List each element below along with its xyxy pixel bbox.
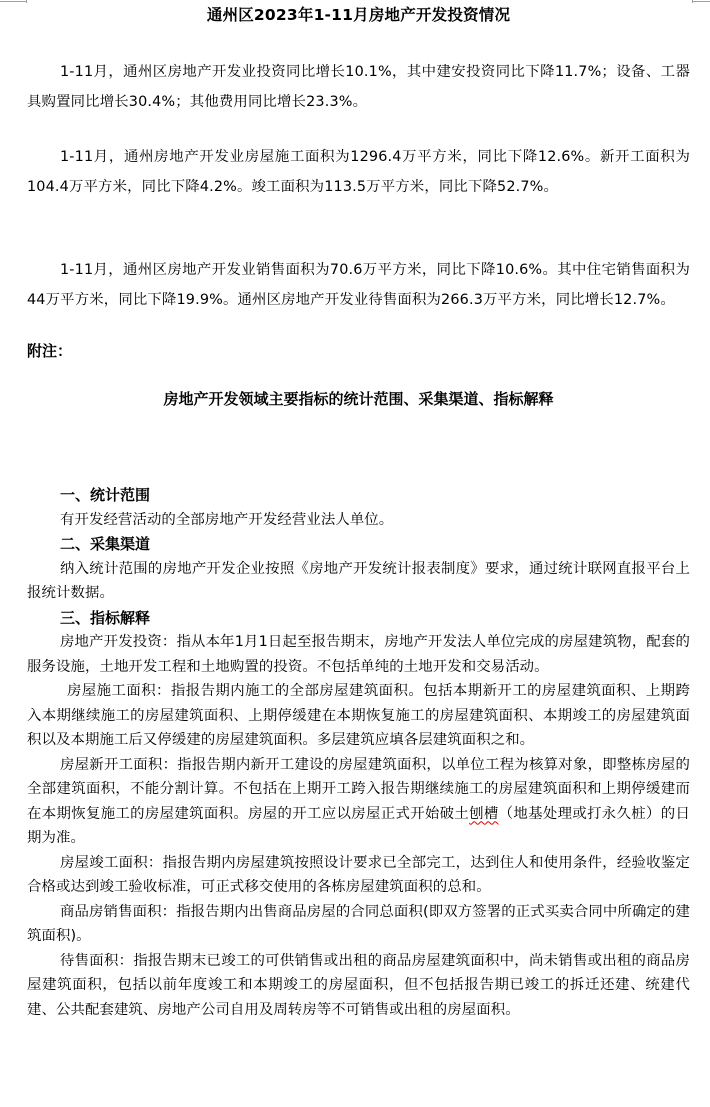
note-label: 附注： <box>27 340 72 361</box>
spellcheck-flagged-word[interactable]: 刨槽 <box>469 806 498 822</box>
crop-mark-top-right <box>692 1 710 2</box>
definition-completed-area: 房屋竣工面积：指报告期内房屋建筑按照设计要求已全部完工，达到住人和使用条件，经验… <box>27 851 690 900</box>
definition-new-start-area: 房屋新开工面积：指报告期内新开工建设的房屋建筑面积，以单位工程为核算对象，即整栋… <box>27 753 690 851</box>
crop-mark-top-left <box>0 1 27 2</box>
paragraph-investment: 1-11月，通州区房地产开发业投资同比增长10.1%，其中建安投资同比下降11.… <box>27 58 690 117</box>
appendix-title: 房地产开发领域主要指标的统计范围、采集渠道、指标解释 <box>27 389 690 409</box>
section-text-channel: 纳入统计范围的房地产开发企业按照《房地产开发统计报表制度》要求，通过统计联网直报… <box>27 557 690 606</box>
definition-construction-area: 房屋施工面积：指报告期内施工的全部房屋建筑面积。包括本期新开工的房屋建筑面积、上… <box>27 679 690 753</box>
section-heading-channel: 二、采集渠道 <box>27 532 690 557</box>
appendix-body: 一、统计范围 有开发经营活动的全部房地产开发经营业法人单位。 二、采集渠道 纳入… <box>27 483 690 1022</box>
definition-investment: 房地产开发投资：指从本年1月1日起至报告期末，房地产开发法人单位完成的房屋建筑物… <box>27 630 690 679</box>
section-heading-scope: 一、统计范围 <box>27 483 690 508</box>
paragraph-sales-area: 1-11月，通州区房地产开发业销售面积为70.6万平方米，同比下降10.6%。其… <box>27 256 690 315</box>
document-title: 通州区2023年1-11月房地产开发投资情况 <box>27 5 690 25</box>
paragraph-construction-area: 1-11月，通州房地产开发业房屋施工面积为1296.4万平方米，同比下降12.6… <box>27 143 690 202</box>
section-heading-definitions: 三、指标解释 <box>27 606 690 631</box>
definition-sales-area: 商品房销售面积：指报告期内出售商品房屋的合同总面积(即双方签署的正式买卖合同中所… <box>27 900 690 949</box>
section-text-scope: 有开发经营活动的全部房地产开发经营业法人单位。 <box>27 508 690 533</box>
definition-unsold-area: 待售面积：指报告期末已竣工的可供销售或出租的商品房屋建筑面积中，尚未销售或出租的… <box>27 949 690 1023</box>
